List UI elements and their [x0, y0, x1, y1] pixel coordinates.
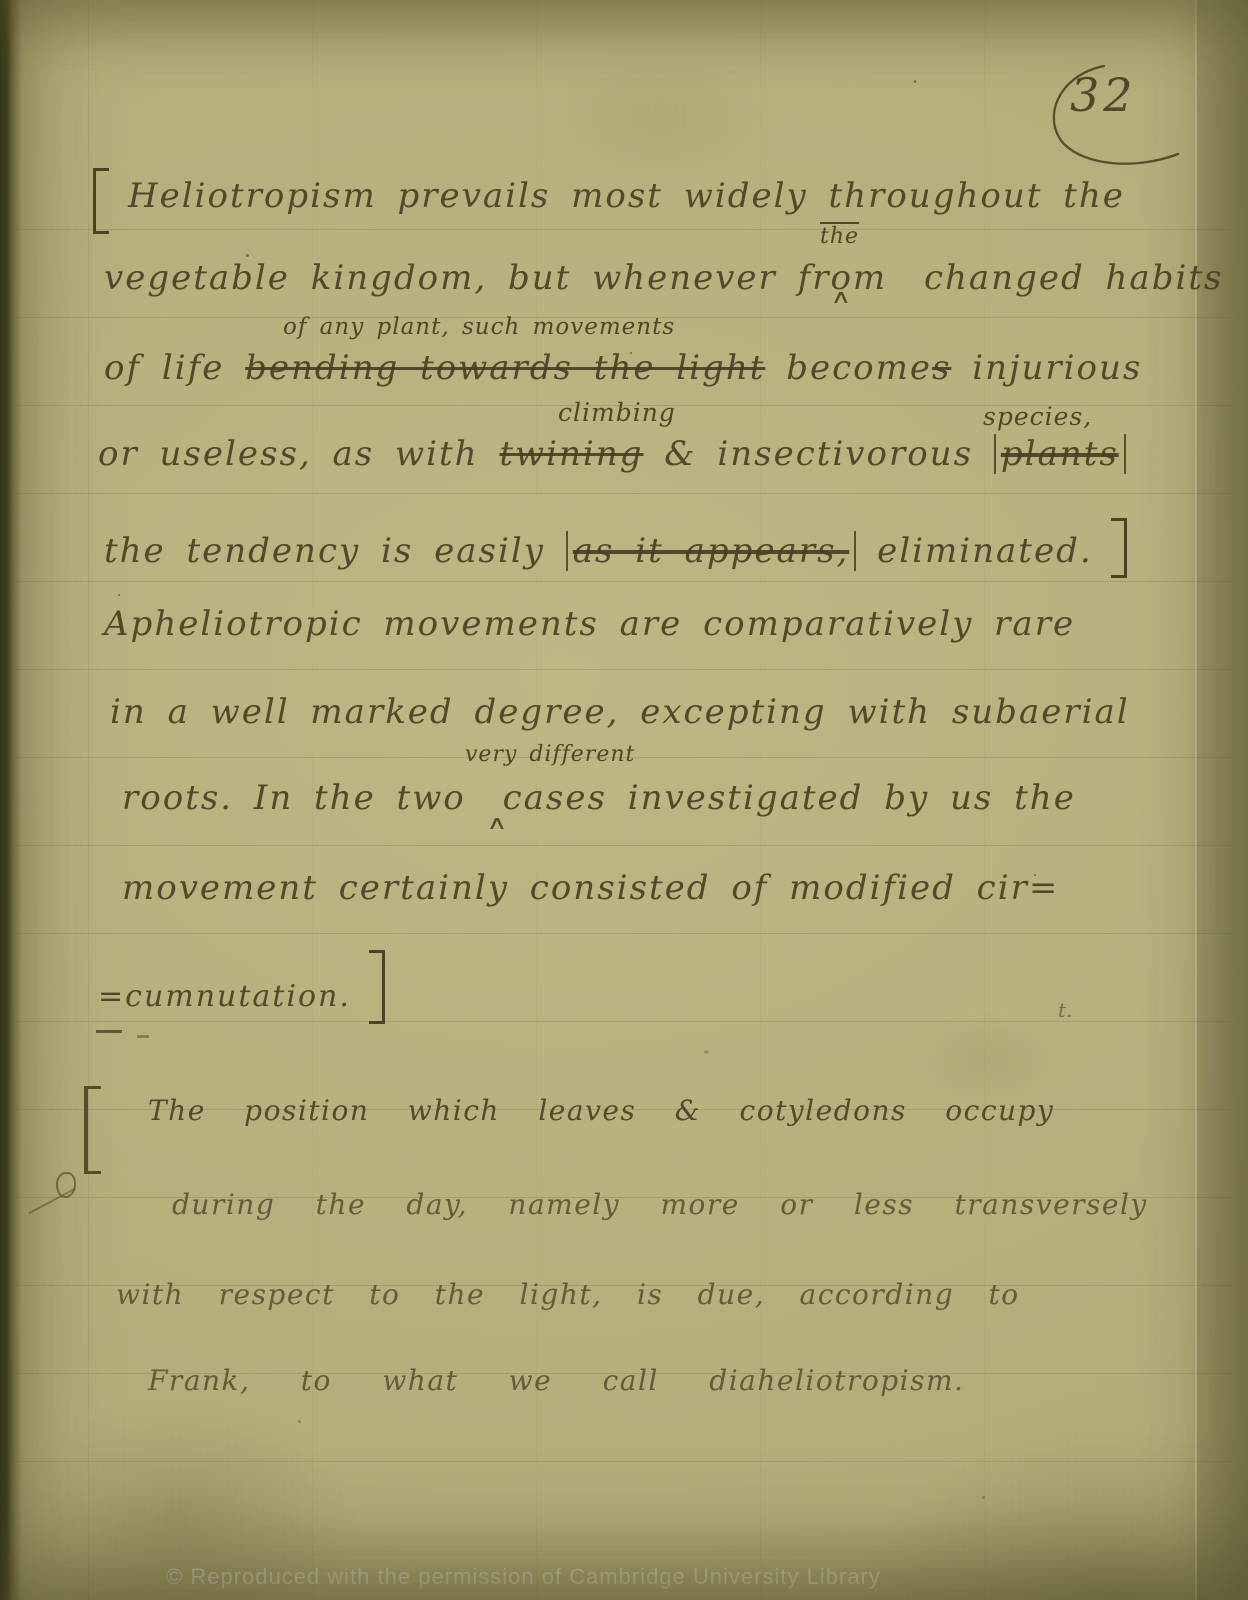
pencil-line: during the day, namely more or less tran…	[172, 1188, 1148, 1221]
page-left-edge-shadow	[0, 0, 22, 1600]
line-text: Heliotropism prevails most widely throug…	[128, 176, 1125, 216]
handwriting-line: the tendency is easily as it appears, el…	[104, 518, 1127, 578]
struck-text: bending towards the light	[245, 348, 765, 388]
paper-speck	[630, 352, 632, 354]
inserted-text: of any plant, such movements	[283, 314, 675, 340]
pencil-line: Frank, to what we call diaheliotropism.	[148, 1364, 964, 1397]
handwriting-line: =cumnutation.	[98, 950, 385, 1024]
handwriting-line: roots. In the two cases investigated by …	[122, 778, 1076, 818]
opening-bracket	[93, 168, 111, 234]
line-text: vegetable kingdom, but whenever from	[104, 258, 887, 298]
line-text: injurious	[972, 348, 1142, 388]
line-text: roots. In the two	[122, 778, 466, 818]
struck-text: plants	[994, 434, 1126, 474]
handwriting-line: of life bending towards the light become…	[104, 348, 1142, 388]
line-text: of life	[104, 348, 224, 388]
paper-speck	[118, 594, 120, 596]
pencil-line: with respect to the light, is due, accor…	[116, 1278, 1020, 1311]
struck-text: s	[932, 348, 951, 388]
margin-fold-line	[88, 0, 89, 1600]
paper-speck	[1034, 874, 1036, 876]
paper-speck	[914, 80, 916, 83]
margin-dash-mark	[96, 1030, 122, 1033]
paper-speck	[246, 254, 249, 257]
line-text: =cumnutation.	[98, 979, 351, 1014]
stray-pencil-note: t.	[1058, 998, 1072, 1022]
page-right-shadow	[1197, 0, 1248, 1600]
struck-text: twining	[499, 434, 643, 474]
opening-bracket	[84, 1086, 103, 1174]
inserted-text: species,	[983, 402, 1092, 431]
handwriting-line: Heliotropism prevails most widely throug…	[128, 176, 1125, 216]
closing-bracket	[1107, 518, 1127, 578]
line-text: become	[786, 348, 932, 388]
copyright-watermark: © Reproduced with the permission of Camb…	[166, 1564, 881, 1590]
handwriting-line: or useless, as with twining & insectivor…	[98, 434, 1126, 474]
line-text: changed habits	[924, 258, 1223, 298]
inserted-text: the	[820, 224, 859, 249]
handwriting-line: in a well marked degree, excepting with …	[110, 692, 1130, 732]
line-text: cases investigated by us the	[503, 778, 1076, 818]
manuscript-page: 32 Heliotropism prevails most widely thr…	[0, 0, 1248, 1600]
paper-speck	[298, 1420, 301, 1423]
margin-dash-mark	[137, 1035, 149, 1038]
handwriting-line: vegetable kingdom, but whenever from cha…	[104, 258, 1223, 298]
page-number: 32	[1070, 68, 1137, 122]
line-text: eliminated.	[877, 531, 1093, 571]
line-text: the tendency is easily	[104, 531, 545, 571]
handwriting-line: Apheliotropic movements are comparativel…	[104, 604, 1075, 644]
line-text: & insectivorous	[664, 434, 973, 474]
struck-text: as it appears,	[566, 531, 857, 571]
pencil-line: The position which leaves & cotyledons o…	[148, 1094, 1054, 1127]
inserted-text: very different	[465, 742, 635, 767]
paper-speck	[982, 1496, 985, 1499]
closing-bracket	[365, 950, 385, 1024]
handwriting-line: movement certainly consisted of modified…	[122, 868, 1059, 908]
line-text: or useless, as with	[98, 434, 479, 474]
paper-speck	[704, 1050, 709, 1054]
inserted-text: climbing	[558, 398, 676, 427]
